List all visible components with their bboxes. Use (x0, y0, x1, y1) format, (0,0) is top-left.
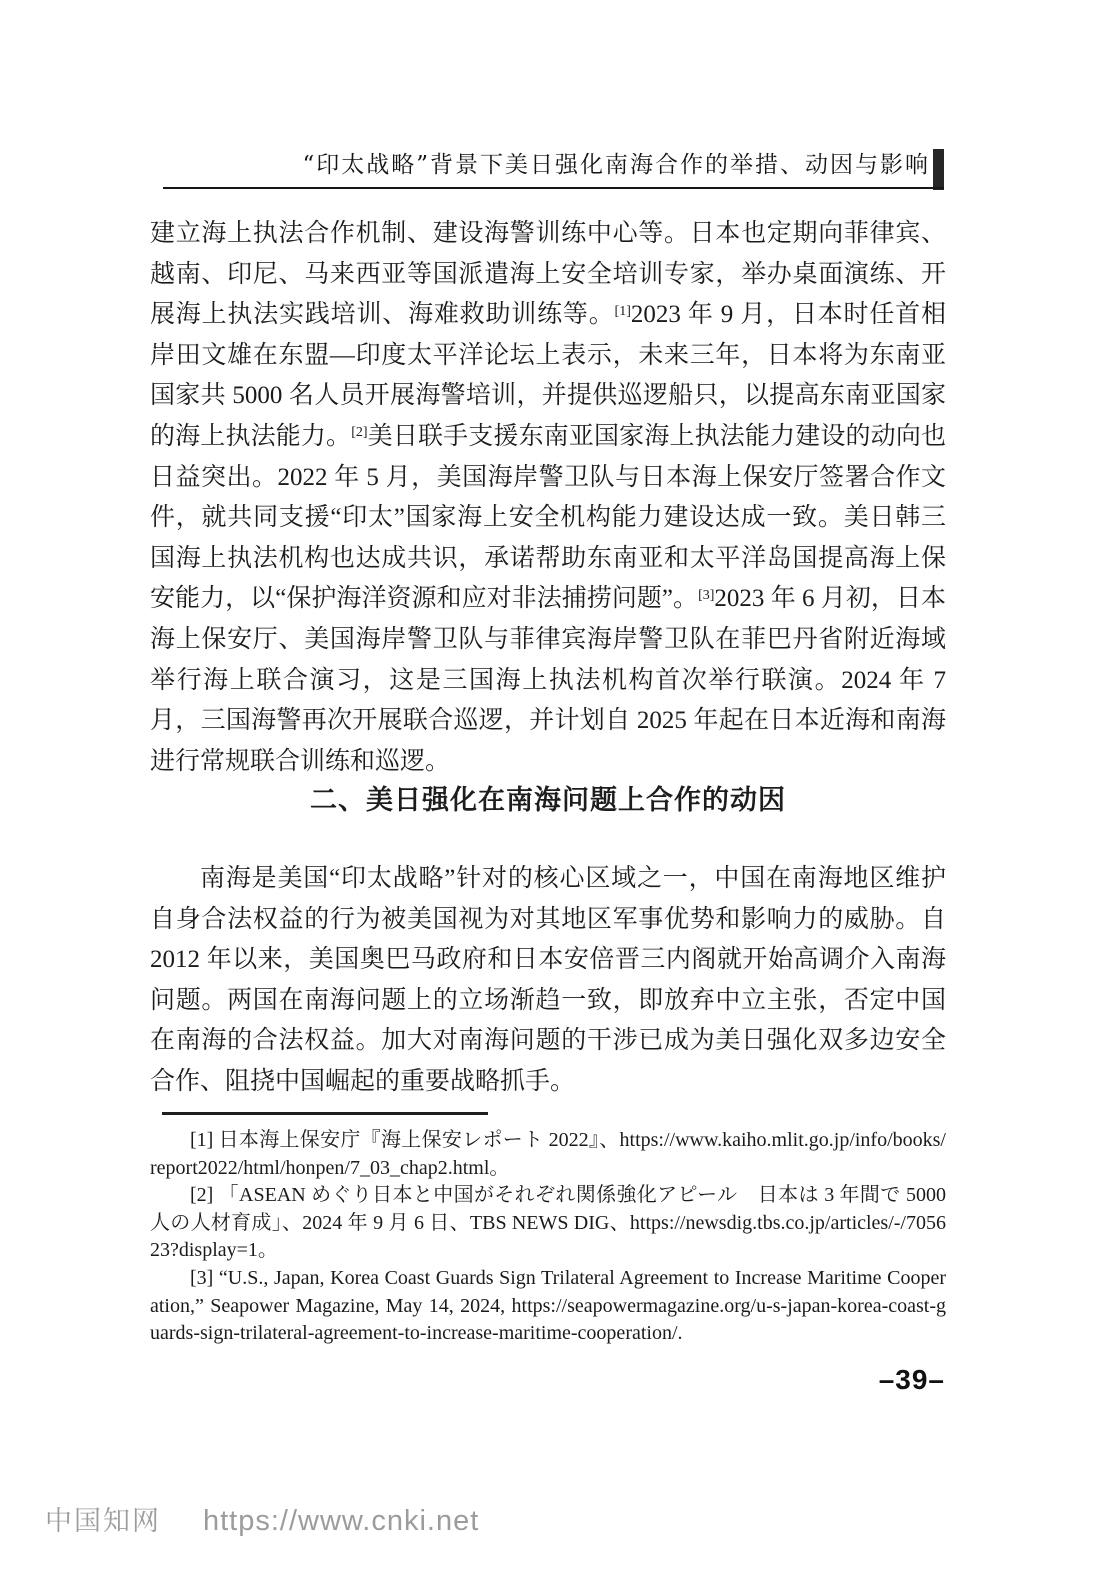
paragraph-text: 美日联手支援东南亚国家海上执法能力建设的动向也日益突出。2022 年 5 月，美… (150, 423, 946, 612)
footnote-ref-2: [2] (351, 425, 367, 440)
footnotes-block: [1] 日本海上保安庁『海上保安レポート 2022』、https://www.k… (150, 1127, 946, 1348)
page-number: –39– (879, 1364, 945, 1396)
document-page: “印太战略”背景下美日强化南海合作的举措、动因与影响 建立海上执法合作机制、建设… (0, 0, 1102, 1575)
footnote-ref-3: [3] (698, 588, 714, 603)
footnote-2: [2] 「ASEAN めぐり日本と中国がそれぞれ関係強化アピール 日本は 3 年… (150, 1182, 946, 1265)
running-head-title: “印太战略”背景下美日强化南海合作的举措、动因与影响 (150, 146, 930, 179)
section-heading: 二、美日强化在南海问题上合作的动因 (150, 778, 946, 817)
body-paragraph-1: 建立海上执法合作机制、建设海警训练中心等。日本也定期向菲律宾、越南、印尼、马来西… (150, 214, 946, 782)
footnote-3: [3] “U.S., Japan, Korea Coast Guards Sig… (150, 1265, 946, 1348)
footnote-ref-1: [1] (615, 304, 631, 319)
header-rule-line (163, 187, 944, 189)
paragraph-text: 2023 年 6 月初，日本海上保安厅、美国海岸警卫队与菲律宾海岸警卫队在菲巴丹… (150, 585, 946, 774)
cnki-url: https://www.cnki.net (203, 1505, 479, 1538)
header-black-bar (933, 149, 944, 190)
footnote-separator-line (162, 1112, 488, 1115)
cnki-brand-label: 中国知网 (45, 1499, 161, 1538)
body-paragraph-2: 南海是美国“印太战略”针对的核心区域之一，中国在南海地区维护自身合法权益的行为被… (150, 859, 946, 1103)
cnki-watermark: 中国知网 https://www.cnki.net (45, 1499, 479, 1538)
footnote-1: [1] 日本海上保安庁『海上保安レポート 2022』、https://www.k… (150, 1127, 946, 1182)
